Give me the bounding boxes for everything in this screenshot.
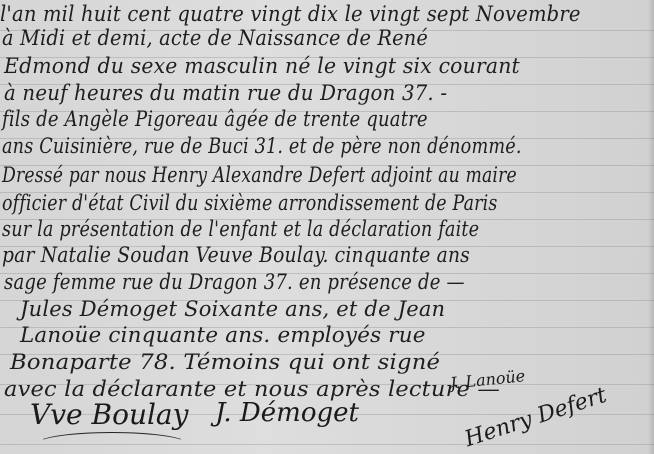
record-line-6: ans Cuisinière, rue de Buci 31. et de pè… xyxy=(2,134,522,158)
record-line-3: Edmond du sexe masculin né le vingt six … xyxy=(4,54,520,78)
signature-boulay: Vve Boulay xyxy=(30,398,188,431)
record-line-14: Bonaparte 78. Témoins qui ont signé xyxy=(10,350,440,374)
register-page: l'an mil huit cent quatre vingt dix le v… xyxy=(0,0,654,454)
record-line-13: Lanoüe cinquante ans. employés rue xyxy=(20,323,426,347)
signature-flourish xyxy=(36,432,188,454)
record-line-11: sage femme rue du Dragon 37. en présence… xyxy=(4,270,465,294)
record-line-12: Jules Démoget Soixante ans, et de Jean xyxy=(20,297,445,321)
record-line-8: officier d'état Civil du sixième arrondi… xyxy=(2,191,498,215)
record-line-7: Dressé par nous Henry Alexandre Defert a… xyxy=(2,163,517,187)
record-line-1: l'an mil huit cent quatre vingt dix le v… xyxy=(0,2,581,26)
record-line-4: à neuf heures du matin rue du Dragon 37.… xyxy=(4,81,447,105)
record-line-2: à Midi et demi, acte de Naissance de Ren… xyxy=(2,26,428,50)
signature-lanoue: J. Lanoüe xyxy=(449,366,526,393)
record-line-10: par Natalie Soudan Veuve Boulay. cinquan… xyxy=(2,243,470,267)
signature-demoget: J. Démoget xyxy=(215,398,359,428)
record-line-5: fils de Angèle Pigoreau âgée de trente q… xyxy=(2,107,428,131)
page-edge-shadow xyxy=(648,0,654,454)
record-line-9: sur la présentation de l'enfant et la dé… xyxy=(2,217,479,241)
